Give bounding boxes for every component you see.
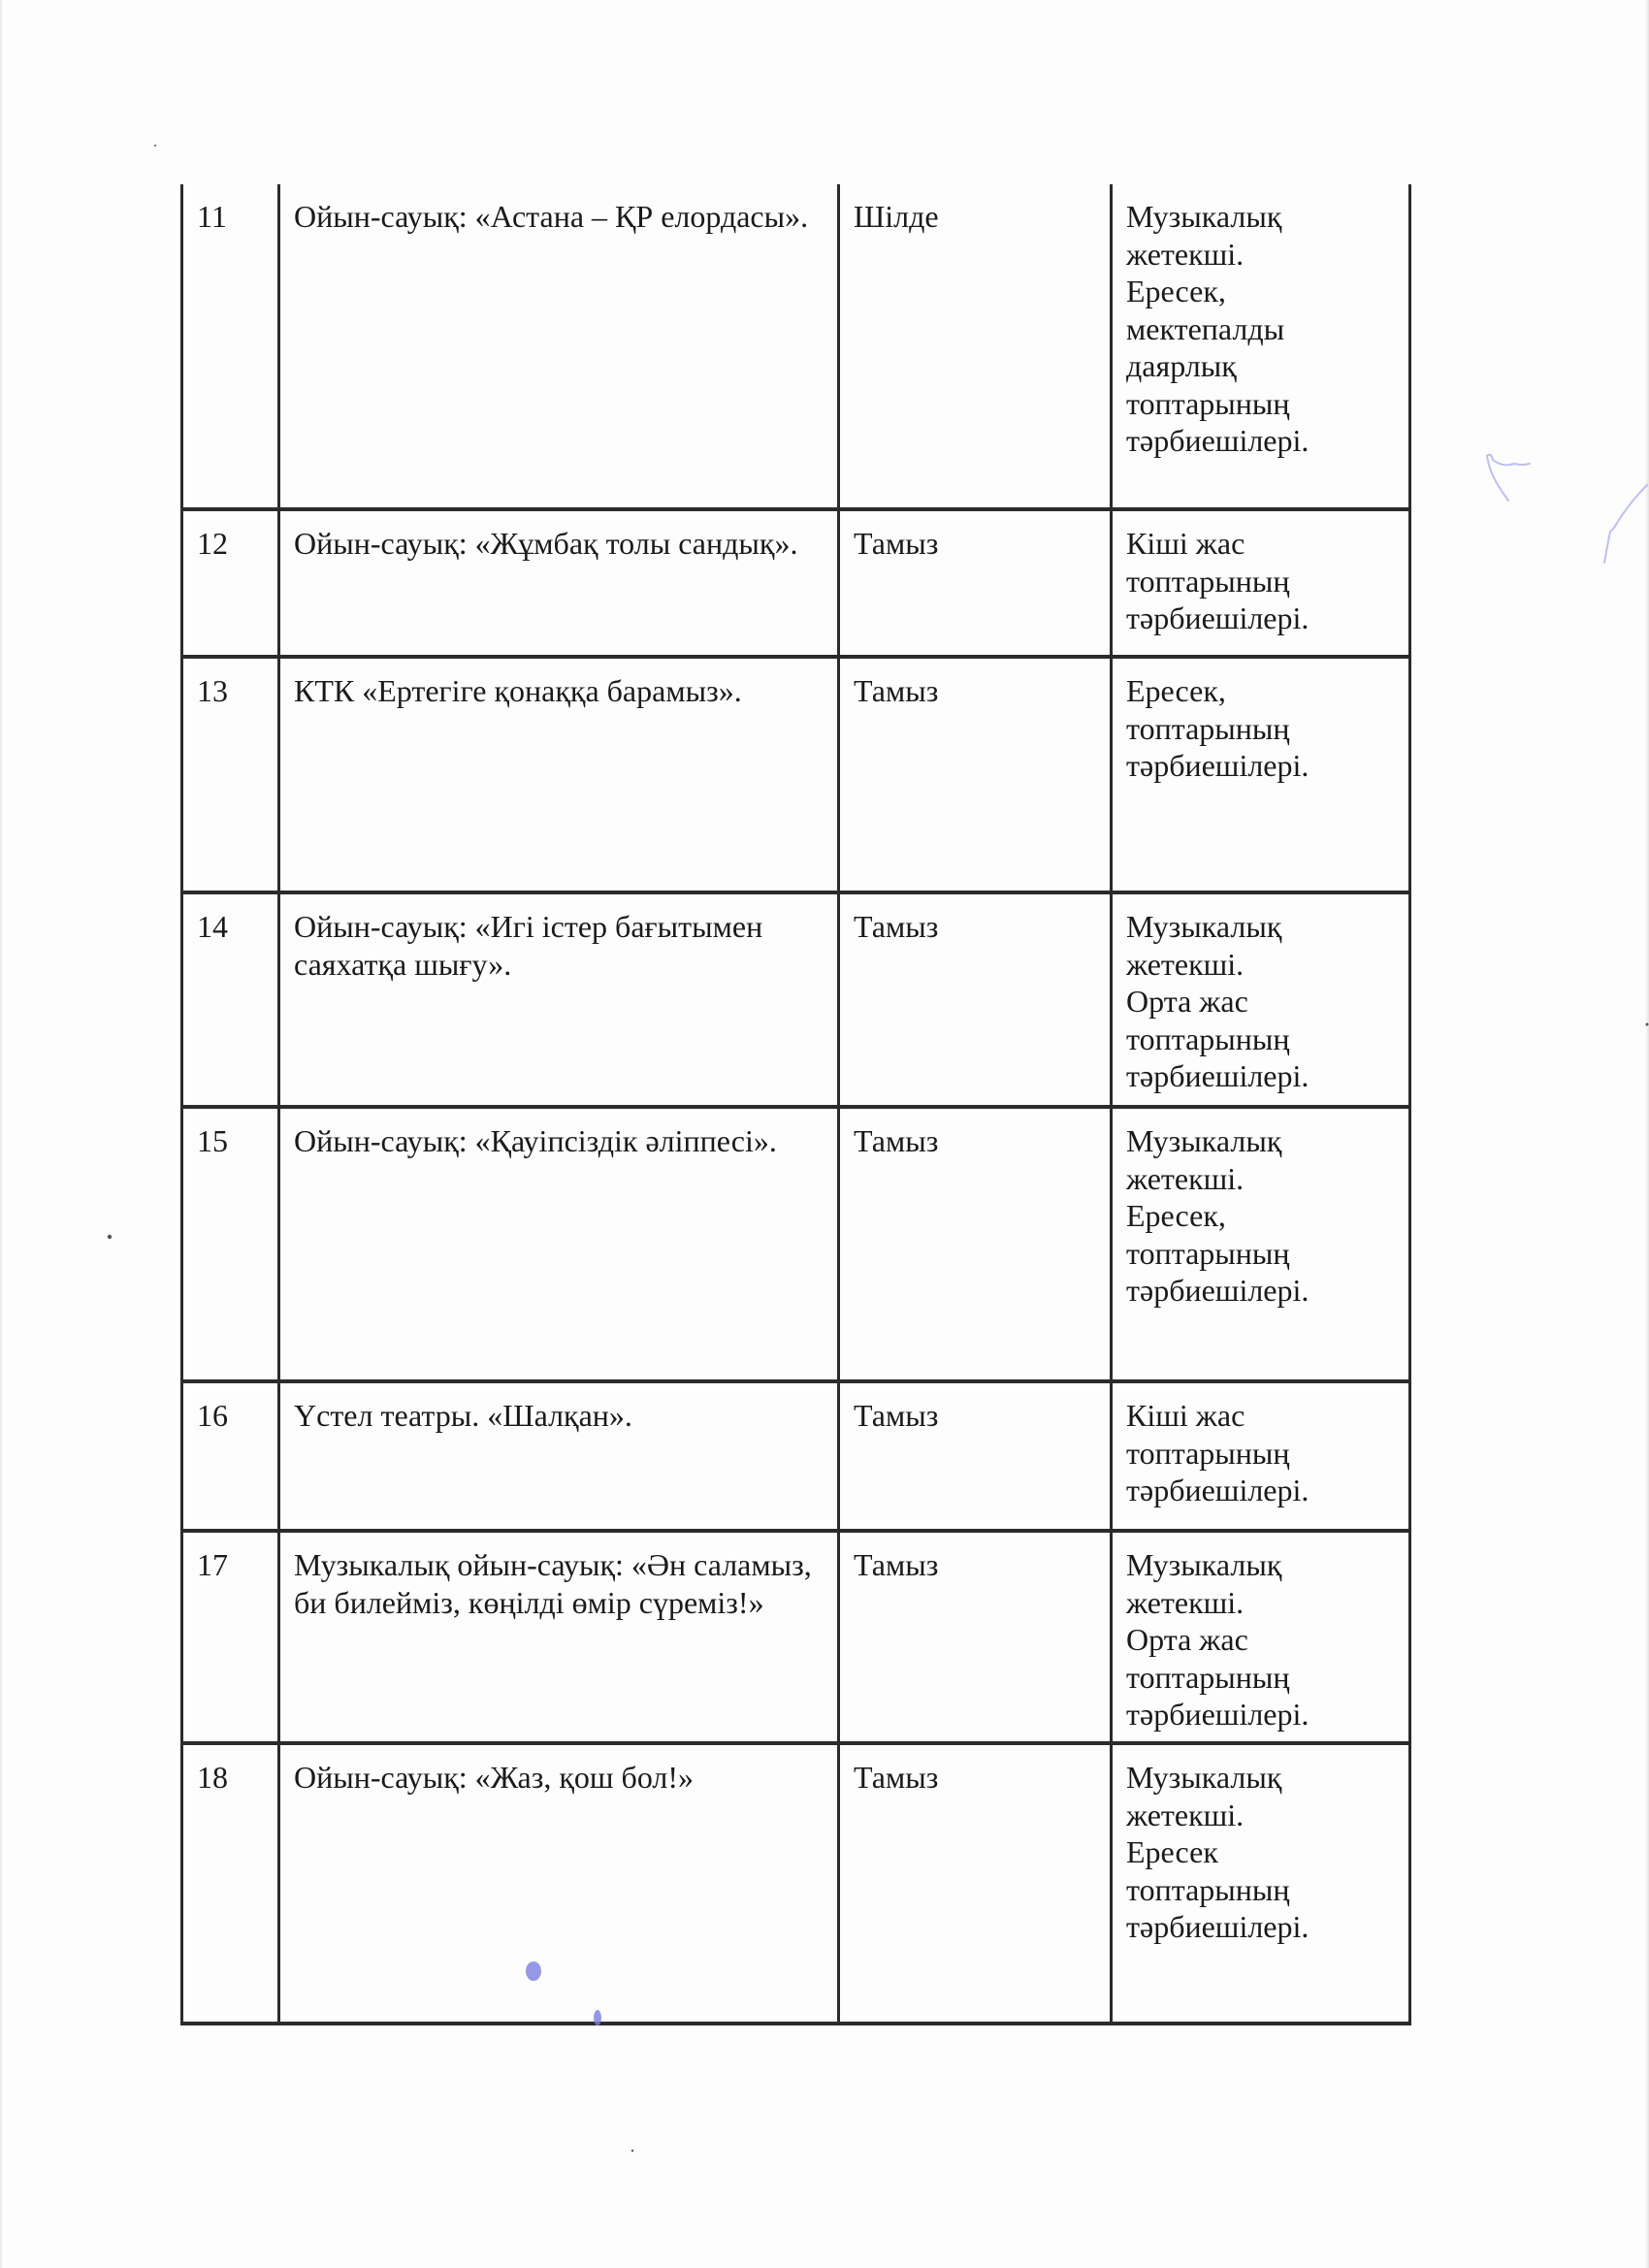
responsible-line: топтарының (1126, 385, 1395, 423)
responsible-line: топтарының (1126, 1435, 1395, 1473)
responsible-line: тәрбиешілері. (1126, 1908, 1395, 1946)
event-month: Тамыз (839, 1743, 1112, 2024)
event-title: Ойын-сауық: «Игі істер бағытымен саяхатқ… (279, 892, 839, 1107)
responsible-line: Орта жас (1126, 983, 1395, 1021)
row-number: 11 (182, 184, 279, 509)
event-month: Тамыз (839, 892, 1112, 1107)
table-row: 15 Ойын-сауық: «Қауіпсіздік әліппесі». Т… (182, 1107, 1410, 1381)
responsible-line: топтарының (1126, 563, 1395, 600)
responsible-persons: Музыкалықжетекші.Ересек,мектепалдыдаярлы… (1112, 184, 1410, 509)
responsible-line: Ересек, (1126, 273, 1395, 310)
responsible-persons: Музыкалықжетекші.Ересек,топтарыныңтәрбие… (1112, 1107, 1410, 1381)
responsible-line: жетекші. (1126, 236, 1395, 274)
responsible-line: тәрбиешілері. (1126, 422, 1395, 460)
event-plan-table: 11 Ойын-сауық: «Астана – ҚР елордасы». Ш… (180, 184, 1411, 2025)
responsible-line: Орта жас (1126, 1621, 1395, 1659)
responsible-line: жетекші. (1126, 1160, 1395, 1198)
responsible-line: Кіші жас (1126, 1397, 1395, 1435)
responsible-line: топтарының (1126, 1235, 1395, 1273)
event-title: Ойын-сауық: «Астана – ҚР елордасы». (279, 184, 839, 509)
responsible-line: топтарының (1126, 1871, 1395, 1909)
responsible-line: Музыкалық (1126, 1122, 1395, 1160)
responsible-line: тәрбиешілері. (1126, 1696, 1395, 1733)
responsible-line: тәрбиешілері. (1126, 1472, 1395, 1509)
table-body: 11 Ойын-сауық: «Астана – ҚР елордасы». Ш… (182, 184, 1410, 2024)
row-number: 17 (182, 1531, 279, 1743)
event-month: Тамыз (839, 657, 1112, 892)
responsible-line: Ересек (1126, 1833, 1395, 1871)
responsible-persons: Музыкалықжетекші.Ересектоптарыныңтәрбиеш… (1112, 1743, 1410, 2024)
responsible-line: жетекші. (1126, 1797, 1395, 1834)
table-row: 16 Үстел театры. «Шалқан». Тамыз Кіші жа… (182, 1381, 1410, 1531)
table-row: 12 Ойын-сауық: «Жұмбақ толы сандық». Там… (182, 509, 1410, 657)
event-title: Ойын-сауық: «Жұмбақ толы сандық». (279, 509, 839, 657)
event-month: Тамыз (839, 1107, 1112, 1381)
page-edge-shadow-right (1645, 0, 1649, 2268)
responsible-line: Кіші жас (1126, 525, 1395, 563)
table-row: 13 КТК «Ертегіге қонаққа барамыз». Тамыз… (182, 657, 1410, 892)
responsible-line: тәрбиешілері. (1126, 599, 1395, 637)
event-title: Ойын-сауық: «Жаз, қош бол!» (279, 1743, 839, 2024)
event-title: Үстел театры. «Шалқан». (279, 1381, 839, 1531)
event-month: Тамыз (839, 1381, 1112, 1531)
responsible-persons: Музыкалықжетекші.Орта жастоптарыныңтәрби… (1112, 892, 1410, 1107)
row-number: 16 (182, 1381, 279, 1531)
row-number: 15 (182, 1107, 279, 1381)
responsible-persons: Кіші жастоптарыныңтәрбиешілері. (1112, 509, 1410, 657)
row-number: 12 (182, 509, 279, 657)
responsible-persons: Кіші жастоптарыныңтәрбиешілері. (1112, 1381, 1410, 1531)
responsible-line: жетекші. (1126, 946, 1395, 984)
table-row: 18 Ойын-сауық: «Жаз, қош бол!» Тамыз Муз… (182, 1743, 1410, 2024)
page-edge-shadow-left (0, 0, 3, 2268)
responsible-line: тәрбиешілері. (1126, 1057, 1395, 1095)
table-row: 17 Музыкалық ойын-сауық: «Ән саламыз, би… (182, 1531, 1410, 1743)
event-title: Музыкалық ойын-сауық: «Ән саламыз, би би… (279, 1531, 839, 1743)
event-title: Ойын-сауық: «Қауіпсіздік әліппесі». (279, 1107, 839, 1381)
responsible-line: мектепалды (1126, 310, 1395, 348)
row-number: 14 (182, 892, 279, 1107)
responsible-line: топтарының (1126, 710, 1395, 748)
pen-mark-bleedthrough (1487, 455, 1647, 563)
event-month: Тамыз (839, 1531, 1112, 1743)
responsible-persons: Музыкалықжетекші.Орта жастоптарыныңтәрби… (1112, 1531, 1410, 1743)
table-row: 14 Ойын-сауық: «Игі істер бағытымен саях… (182, 892, 1410, 1107)
responsible-line: Ересек, (1126, 672, 1395, 710)
responsible-line: Музыкалық (1126, 1546, 1395, 1584)
event-title: КТК «Ертегіге қонаққа барамыз». (279, 657, 839, 892)
event-month: Шілде (839, 184, 1112, 509)
responsible-line: топтарының (1126, 1659, 1395, 1697)
row-number: 13 (182, 657, 279, 892)
row-number: 18 (182, 1743, 279, 2024)
responsible-line: Музыкалық (1126, 908, 1395, 946)
responsible-line: тәрбиешілері. (1126, 1272, 1395, 1310)
event-plan-table-container: 11 Ойын-сауық: «Астана – ҚР елордасы». Ш… (180, 184, 1411, 2025)
responsible-line: Ересек, (1126, 1197, 1395, 1235)
responsible-line: Музыкалық (1126, 1759, 1395, 1797)
responsible-line: топтарының (1126, 1021, 1395, 1058)
responsible-line: жетекші. (1126, 1584, 1395, 1622)
responsible-persons: Ересек,топтарыныңтәрбиешілері. (1112, 657, 1410, 892)
responsible-line: Музыкалық (1126, 198, 1395, 236)
table-row: 11 Ойын-сауық: «Астана – ҚР елордасы». Ш… (182, 184, 1410, 509)
responsible-line: даярлық (1126, 347, 1395, 385)
responsible-line: тәрбиешілері. (1126, 747, 1395, 785)
event-month: Тамыз (839, 509, 1112, 657)
